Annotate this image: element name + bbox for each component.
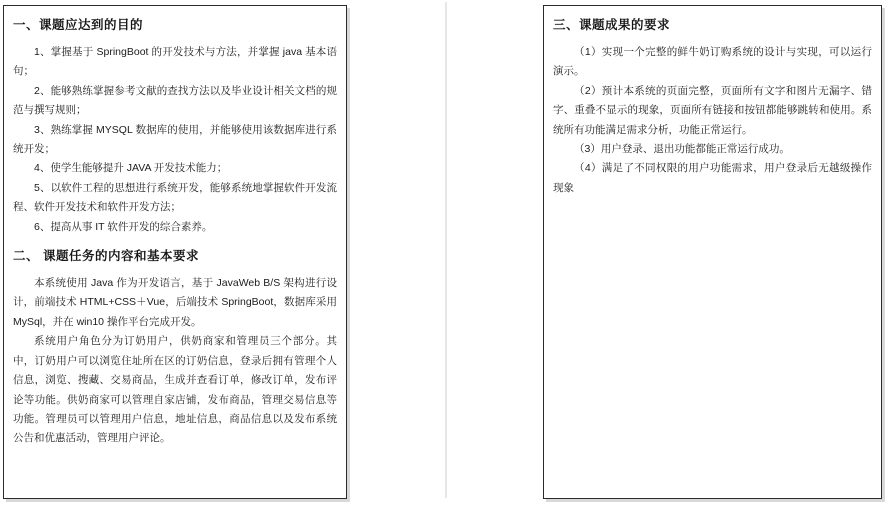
- task-book-page-right: 三、课题成果的要求 （1）实现一个完整的鲜牛奶订购系统的设计与实现，可以运行演示…: [543, 5, 882, 499]
- objective-item-3: 3、熟练掌握 MYSQL 数据库的使用，并能够使用该数据库进行系统开发；: [13, 121, 337, 160]
- objective-item-1: 1、掌握基于 SpringBoot 的开发技术与方法，并掌握 java 基本语句…: [13, 43, 337, 82]
- document-canvas: 一、课题应达到的目的 1、掌握基于 SpringBoot 的开发技术与方法，并掌…: [0, 0, 888, 510]
- result-item-2: （2）预计本系统的页面完整，页面所有文字和图片无漏字、错字、重叠不显示的现象，页…: [553, 82, 872, 140]
- objective-item-5: 5、以软件工程的思想进行系统开发，能够系统地掌握软件开发流程、软件开发技术和软件…: [13, 179, 337, 218]
- objective-item-4: 4、使学生能够提升 JAVA 开发技术能力；: [13, 159, 337, 178]
- page-gap-divider: [445, 2, 447, 498]
- result-item-3: （3）用户登录、退出功能都能正常运行成功。: [553, 140, 872, 159]
- result-item-1: （1）实现一个完整的鲜牛奶订购系统的设计与实现，可以运行演示。: [553, 43, 872, 82]
- task-book-page-left: 一、课题应达到的目的 1、掌握基于 SpringBoot 的开发技术与方法，并掌…: [3, 5, 347, 499]
- task-paragraph-1: 本系统使用 Java 作为开发语言，基于 JavaWeb B/S 架构进行设计，…: [13, 274, 337, 332]
- section-3-heading: 三、课题成果的要求: [553, 15, 872, 35]
- result-item-4: （4）满足了不同权限的用户功能需求，用户登录后无越级操作现象: [553, 159, 872, 198]
- objective-item-2: 2、能够熟练掌握参考文献的查找方法以及毕业设计相关文档的规范与撰写规则；: [13, 82, 337, 121]
- section-1-heading: 一、课题应达到的目的: [13, 15, 337, 35]
- section-2-heading: 二、 课题任务的内容和基本要求: [13, 246, 337, 266]
- objective-item-6: 6、提高从事 IT 软件开发的综合素养。: [13, 218, 337, 237]
- task-paragraph-2: 系统用户角色分为订奶用户，供奶商家和管理员三个部分。其中，订奶用户可以浏览住址所…: [13, 332, 337, 448]
